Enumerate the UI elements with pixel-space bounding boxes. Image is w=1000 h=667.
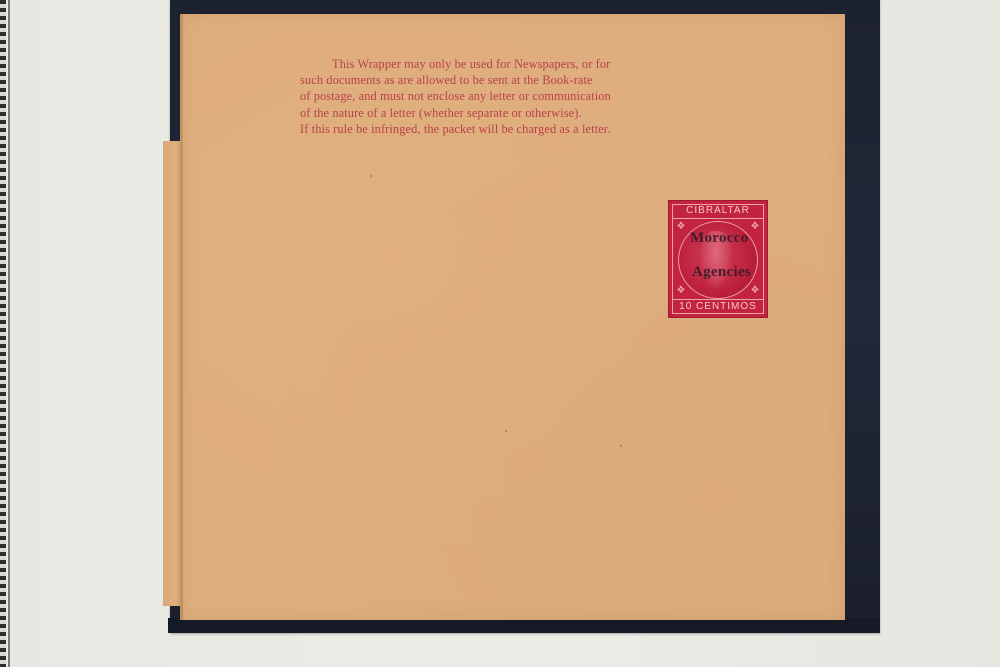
imprinted-stamp: CIBRALTAR ❖ ❖ ❖ ❖ 10 CENTIMOS	[668, 200, 768, 318]
paper-speck	[620, 445, 622, 447]
notice-line: such documents as are allowed to be sent…	[300, 72, 695, 88]
album-decorative-border	[0, 0, 6, 667]
overprint-line-1: Morocco	[690, 230, 748, 247]
corner-ornament-icon: ❖	[675, 221, 687, 233]
stamp-country-label: CIBRALTAR	[673, 204, 763, 219]
notice-line: of postage, and must not enclose any let…	[300, 88, 695, 104]
stamp-value-label: 10 CENTIMOS	[673, 299, 763, 314]
notice-line: of the nature of a letter (whether separ…	[300, 105, 695, 121]
album-rule-line	[8, 0, 10, 667]
wrapper-left-edge	[180, 14, 183, 620]
mount-bottom-strip	[168, 618, 880, 633]
corner-ornament-icon: ❖	[749, 285, 761, 297]
notice-line: This Wrapper may only be used for Newspa…	[300, 56, 695, 72]
corner-ornament-icon: ❖	[675, 285, 687, 297]
corner-ornament-icon: ❖	[749, 221, 761, 233]
paper-speck	[370, 175, 372, 177]
overprint-line-2: Agencies	[692, 264, 751, 281]
notice-line: If this rule be infringed, the packet wi…	[300, 121, 695, 137]
wrapper-notice-text: This Wrapper may only be used for Newspa…	[300, 56, 695, 137]
paper-speck	[505, 430, 507, 432]
